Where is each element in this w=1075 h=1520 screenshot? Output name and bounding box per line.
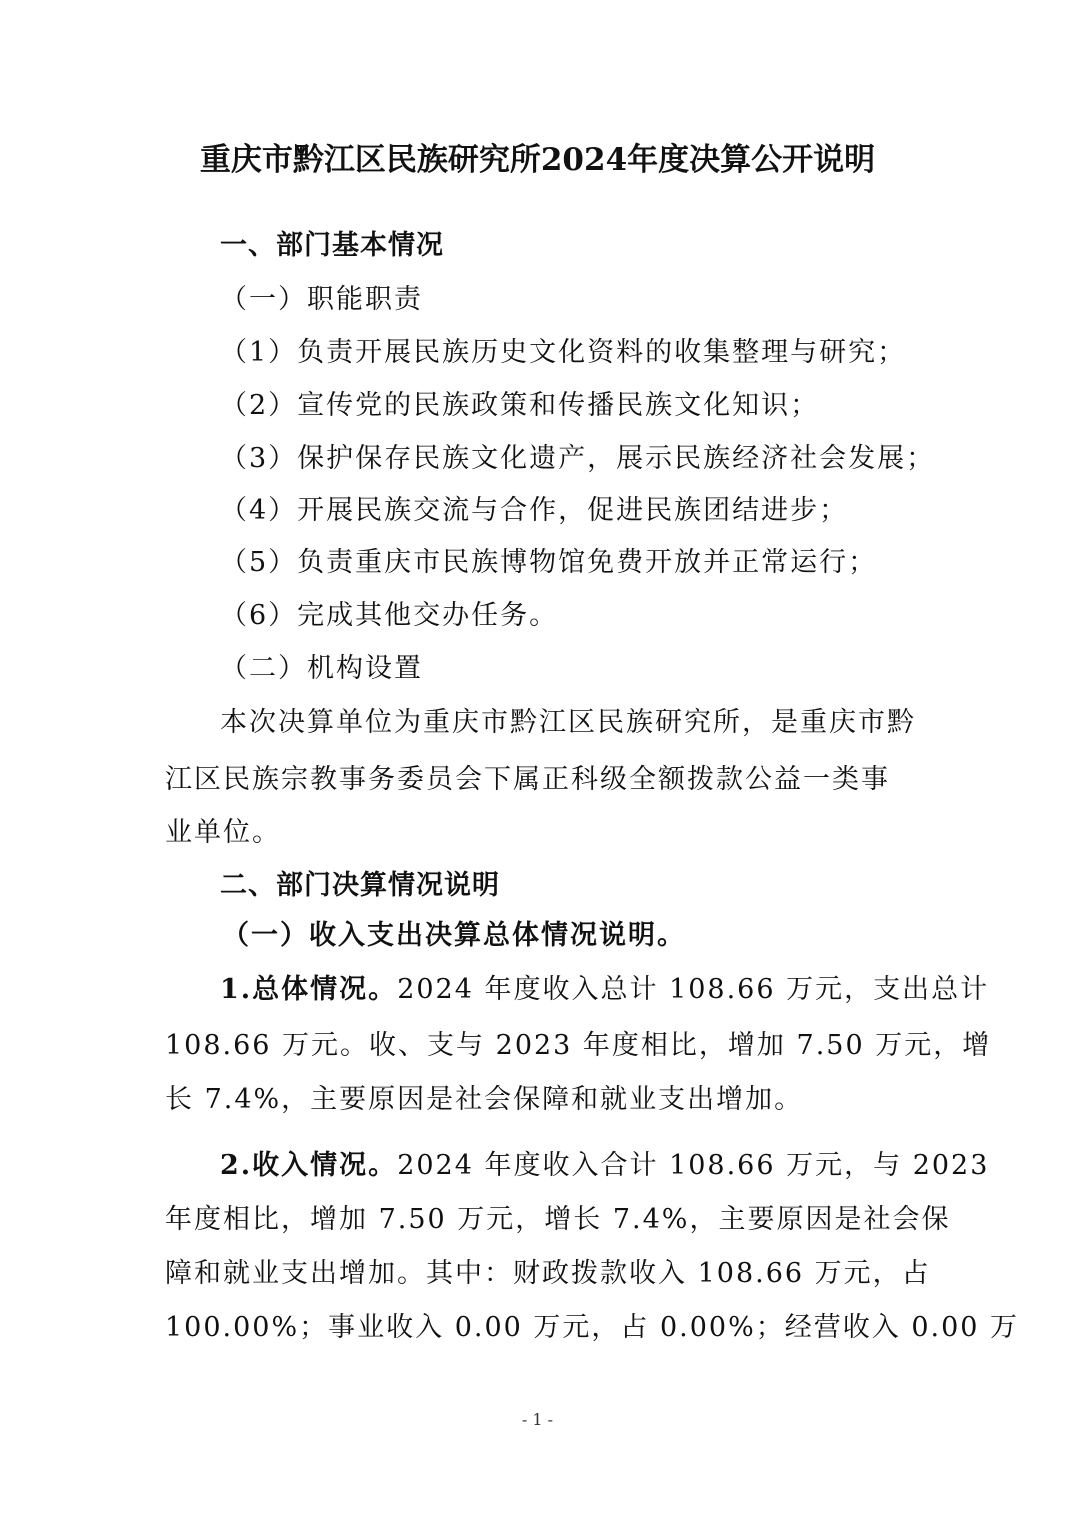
paragraph-line: 障和就业支出增加。其中：财政拨款收入 108.66 万元，占 [165,1254,915,1294]
duty-item: （6）完成其他交办任务。 [220,596,970,636]
paragraph-line: 业单位。 [165,813,915,853]
duty-item: （1）负责开展民族历史文化资料的收集整理与研究； [220,333,970,373]
paragraph-line: 江区民族宗教事务委员会下属正科级全额拨款公益一类事 [165,760,915,800]
paragraph-line: 108.66 万元。收、支与 2023 年度相比，增加 7.50 万元，增 [165,1026,915,1066]
section1-heading: 一、部门基本情况 [220,226,970,266]
page-number: - 1 - [0,1410,1075,1429]
paragraph-line: 本次决算单位为重庆市黔江区民族研究所，是重庆市黔 [220,703,970,743]
paragraph-lead: 2.收入情况。 [220,1150,397,1181]
duty-item: （5）负责重庆市民族博物馆免费开放并正常运行； [220,543,970,583]
section2-heading: 二、部门决算情况说明 [220,866,970,906]
duty-item: （4）开展民族交流与合作，促进民族团结进步； [220,491,970,531]
paragraph-line: 长 7.4%，主要原因是社会保障和就业支出增加。 [165,1080,915,1120]
duty-item: （3）保护保存民族文化遗产，展示民族经济社会发展； [220,439,970,479]
paragraph-text: 2024 年度收入总计 108.66 万元，支出总计 [397,974,989,1005]
sub2-heading: （二）机构设置 [220,649,970,689]
paragraph-line: 2.收入情况。2024 年度收入合计 108.66 万元，与 2023 [220,1146,970,1186]
paragraph-line: 年度相比，增加 7.50 万元，增长 7.4%，主要原因是社会保 [165,1200,915,1240]
paragraph-line: 1.总体情况。2024 年度收入总计 108.66 万元，支出总计 [220,970,970,1010]
sub1-heading: （一）职能职责 [220,280,970,320]
document-title: 重庆市黔江区民族研究所2024年度决算公开说明 [0,134,1075,179]
duty-item: （2）宣传党的民族政策和传播民族文化知识； [220,386,970,426]
paragraph-text: 2024 年度收入合计 108.66 万元，与 2023 [397,1150,989,1181]
paragraph-line: 100.00%；事业收入 0.00 万元，占 0.00%；经营收入 0.00 万 [165,1308,915,1348]
section2-sub1-heading: （一）收入支出决算总体情况说明。 [222,916,972,956]
paragraph-lead: 1.总体情况。 [220,974,397,1005]
